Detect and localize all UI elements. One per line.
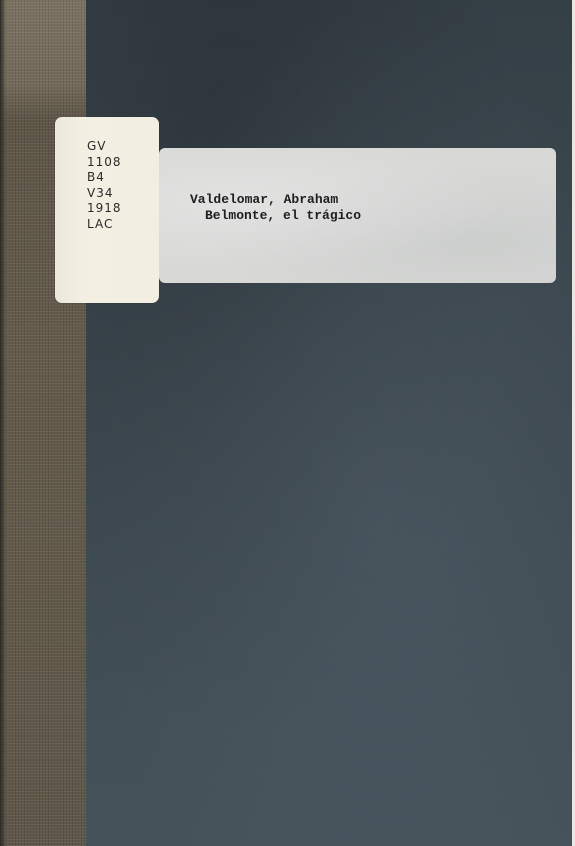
call-number-line: LAC	[87, 217, 122, 233]
title-text: Valdelomar, Abraham Belmonte, el trágico	[190, 192, 361, 224]
author-name: Valdelomar, Abraham	[190, 192, 361, 208]
book-cover-photo: GV 1108 B4 V34 1918 LAC Valdelomar, Abra…	[0, 0, 575, 846]
book: GV 1108 B4 V34 1918 LAC Valdelomar, Abra…	[0, 0, 572, 846]
spine-shadow	[0, 0, 6, 846]
title-label: Valdelomar, Abraham Belmonte, el trágico	[159, 148, 556, 283]
call-number-label: GV 1108 B4 V34 1918 LAC	[55, 117, 159, 303]
call-number: GV 1108 B4 V34 1918 LAC	[87, 139, 122, 232]
call-number-line: V34	[87, 186, 122, 202]
call-number-line: 1918	[87, 201, 122, 217]
call-number-line: B4	[87, 170, 122, 186]
call-number-line: 1108	[87, 155, 122, 171]
call-number-line: GV	[87, 139, 122, 155]
book-title: Belmonte, el trágico	[190, 208, 361, 224]
